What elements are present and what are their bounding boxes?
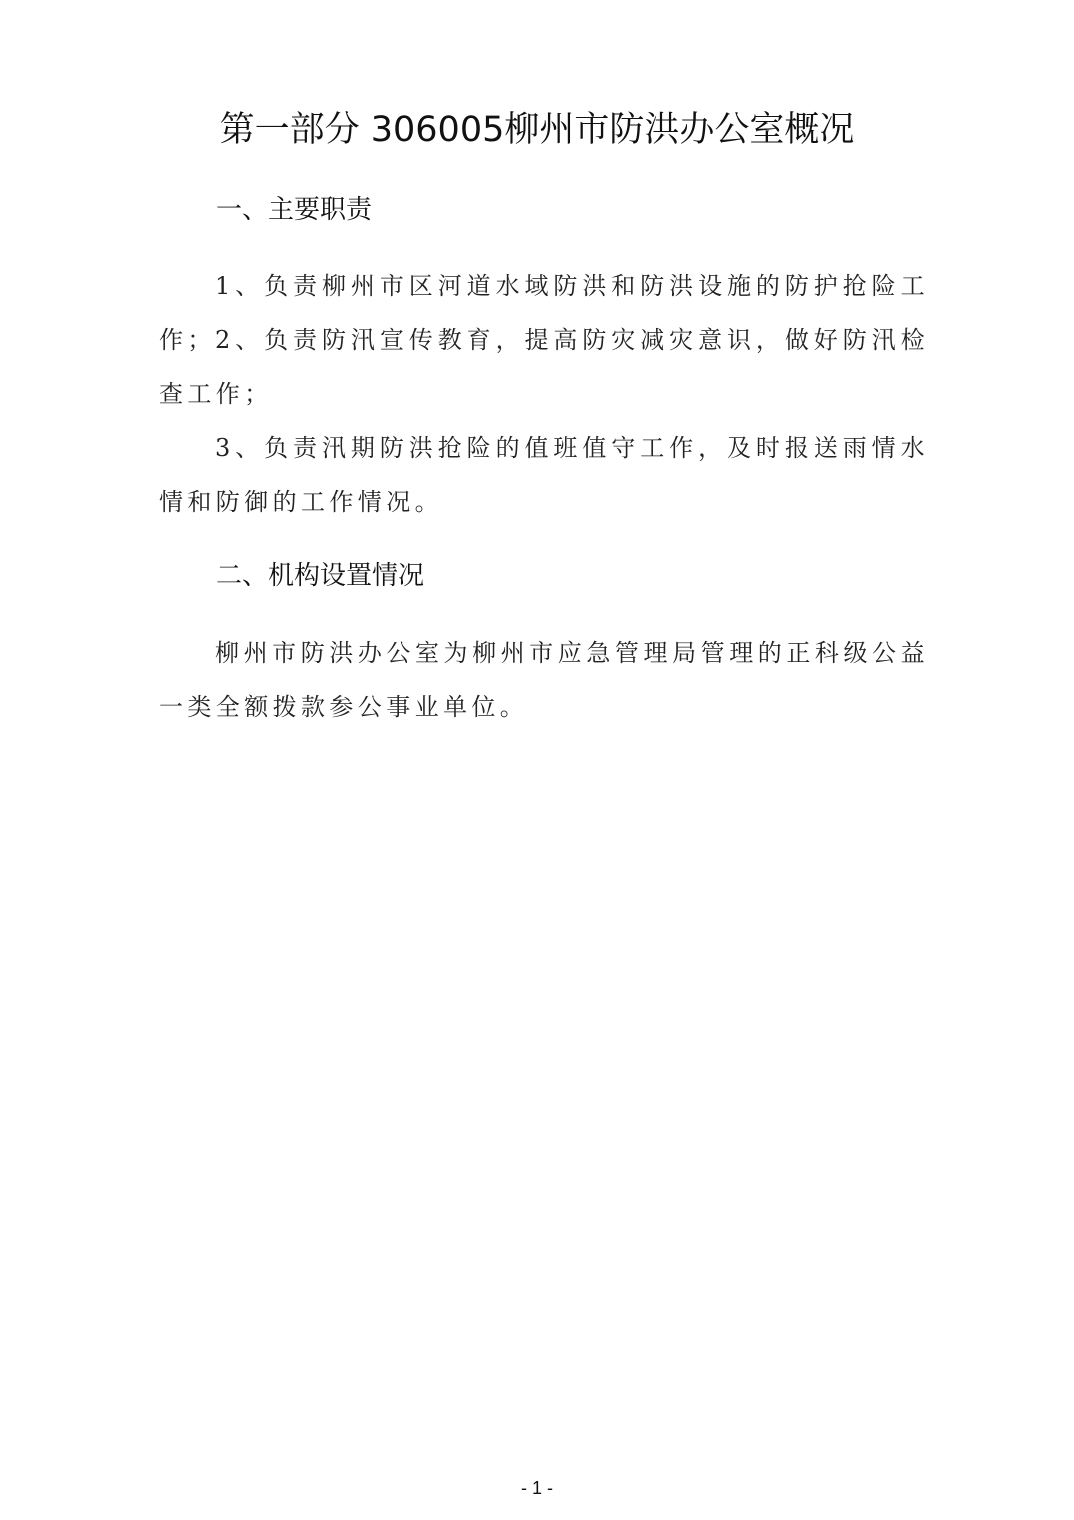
duty-paragraph-3: 3、负责汛期防洪抢险的值班值守工作，及时报送雨情水情和防御的工作情况。 (159, 421, 929, 529)
section-heading-organization: 二、机构设置情况 (216, 556, 424, 596)
page-number: - 1 - (0, 1478, 1074, 1499)
section-heading-duties: 一、主要职责 (216, 190, 372, 230)
page-title: 第一部分 306005柳州市防洪办公室概况 (0, 104, 1074, 156)
duty-paragraph-2: 2、负责防汛宣传教育，提高防灾减灾意识，做好防汛检查工作； (159, 313, 929, 421)
organization-paragraph: 柳州市防洪办公室为柳州市应急管理局管理的正科级公益一类全额拨款参公事业单位。 (159, 626, 929, 734)
